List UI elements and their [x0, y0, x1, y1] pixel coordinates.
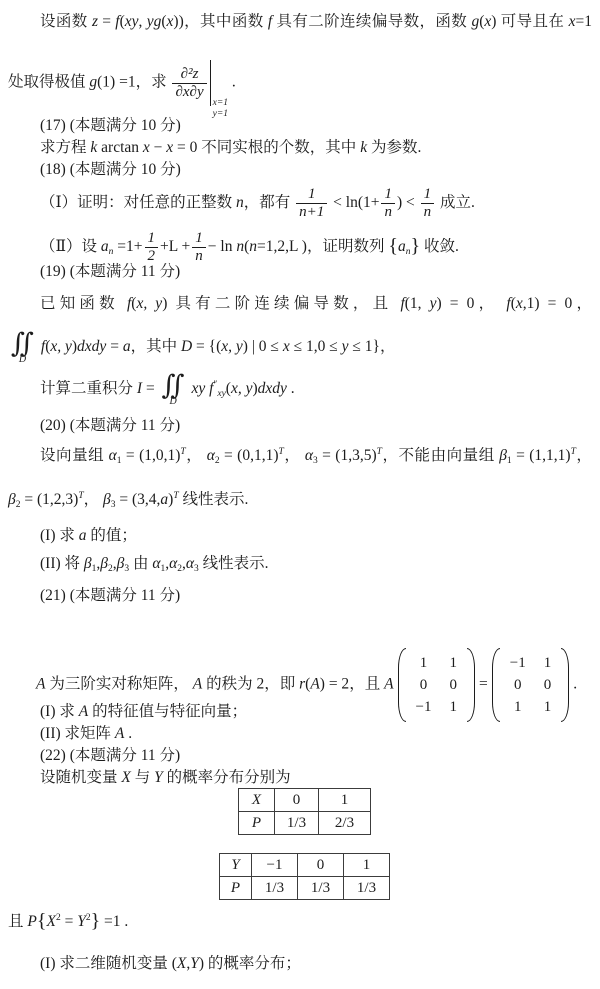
q20-statement-line1: 设向量组 α1 = (1,0,1)T， α2 = (0,1,1)T， α3 = … — [40, 440, 592, 473]
text-run: Y — [154, 769, 163, 786]
text-run: (I) 求 — [40, 527, 79, 544]
fraction: ∂²z∂x∂y — [172, 66, 206, 101]
text-run: = — [479, 676, 488, 693]
text-run: ) | 0 ≤ — [243, 338, 283, 355]
text-run: 的值； — [87, 527, 137, 544]
text-run: ， — [474, 295, 506, 312]
text-run: ，且 — [349, 676, 384, 693]
text-run: = (1,1,1) — [512, 447, 571, 464]
text-run: （Ⅰ）证明：对任意的正整数 — [40, 194, 236, 211]
text-run: a — [123, 338, 131, 355]
text-run: = — [98, 13, 115, 30]
text-run: 为参数. — [367, 139, 421, 156]
double-integral-symbol: ∬D — [11, 330, 34, 365]
text-run: ) 的概率分布； — [199, 955, 301, 972]
q22-condition: 且 P{X2 = Y2} =1 . — [8, 906, 128, 934]
text-run: (17) (本题满分 10 分) — [40, 117, 181, 134]
double-integral-symbol: ∬D — [162, 372, 185, 407]
text-run: α — [109, 447, 117, 464]
variable-cell: Y — [220, 854, 252, 877]
text-run: （Ⅱ）设 — [40, 238, 101, 255]
text-run: (21) (本题满分 11 分) — [40, 587, 180, 604]
text-run: 成立. — [436, 194, 475, 211]
text-run: x, y — [221, 338, 243, 355]
text-run: 具有二阶连续偏导数，且 — [167, 295, 400, 312]
text-run: dxdy — [258, 380, 287, 397]
text-run: xy — [125, 13, 139, 30]
text-run: g — [89, 74, 97, 91]
fraction: 1n+1 — [296, 186, 327, 221]
text-run: (19) (本题满分 11 分) — [40, 263, 180, 280]
fraction: 1n — [192, 230, 206, 265]
text-run: (1) =1 — [97, 74, 135, 91]
text-run: X — [46, 913, 55, 930]
text-run: − ln — [208, 238, 237, 255]
value-cell: −1 — [252, 854, 298, 877]
text-run: ≤ 1,0 ≤ — [290, 338, 342, 355]
text-run: =1 — [575, 13, 592, 30]
text-run: . — [287, 380, 295, 397]
text-run: 处取得极值 — [8, 74, 89, 91]
y-distribution-table: Y−101P1/31/31/3 — [219, 853, 390, 900]
text-run: β — [499, 447, 507, 464]
value-cell: 0 — [298, 854, 344, 877]
variable-cell: P — [239, 812, 275, 835]
text-run: 的特征值与特征向量； — [88, 703, 247, 720]
text-run: A — [310, 676, 319, 693]
text-run: 线性表示. — [179, 491, 249, 508]
text-run: 设随机变量 — [40, 769, 121, 786]
q18-header: (18) (本题满分 10 分) — [40, 158, 181, 182]
text-run: 不同实根的个数，其中 — [197, 139, 360, 156]
variable-cell: X — [239, 789, 275, 812]
text-run: a — [160, 491, 168, 508]
table-row: P1/32/3 — [239, 812, 371, 835]
text-run: yg — [147, 13, 162, 30]
text-run: (20) (本题满分 11 分) — [40, 417, 180, 434]
text-run: arctan — [97, 139, 143, 156]
text-run: < ln(1+ — [329, 194, 379, 211]
evaluated-at-bar: x=1y=1 — [210, 60, 228, 106]
text-run: {( — [209, 338, 222, 355]
text-run: 计算二重积分 — [40, 380, 137, 397]
text-run: ≤ 1} — [348, 338, 379, 355]
text-run: = (1,0,1) — [121, 447, 180, 464]
text-run: ，其中 — [131, 338, 181, 355]
q19-statement-line1: 已知函数 f(x, y) 具有二阶连续偏导数，且 f(1, y) = 0， f(… — [40, 292, 592, 316]
text-run: Y — [190, 955, 199, 972]
text-run: (II) 求矩阵 — [40, 725, 115, 742]
fraction: 1n — [381, 186, 395, 221]
text-run: a — [101, 238, 109, 255]
text-run: (II) 将 — [40, 555, 84, 572]
q20-part2: (II) 将 β1,β2,β3 由 α1,α2,α3 线性表示. — [40, 552, 269, 581]
value-cell: 1 — [319, 789, 371, 812]
q19-header: (19) (本题满分 11 分) — [40, 260, 180, 284]
text-run: A — [193, 676, 202, 693]
text-run: 求方程 — [40, 139, 90, 156]
text-run: n — [236, 194, 244, 211]
q20-part1: (I) 求 a 的值； — [40, 524, 137, 548]
text-run: . — [573, 676, 577, 693]
text-run: 设向量组 — [40, 447, 109, 464]
text-run: ，不能由向量组 — [382, 447, 499, 464]
text-run: = (3,4, — [115, 491, 160, 508]
q22-statement: 设随机变量 X 与 Y 的概率分布分别为 — [40, 766, 291, 790]
text-run: ) < — [397, 194, 419, 211]
text-run: =1+ — [113, 238, 142, 255]
text-run: ，求 — [136, 74, 171, 91]
q20-statement-line2: β2 = (1,2,3)T， β3 = (3,4,a)T 线性表示. — [8, 484, 248, 517]
text-run: β — [84, 555, 92, 572]
text-run: = — [61, 913, 78, 930]
text-run: 可导且在 — [496, 13, 568, 30]
value-cell: 2/3 — [319, 812, 371, 835]
text-run: 已知函数 — [40, 295, 127, 312]
text-run: = — [192, 338, 209, 355]
text-run: ，都有 — [244, 194, 294, 211]
text-run: 设函数 — [40, 13, 92, 30]
matrix: 1100−11 — [398, 648, 475, 722]
text-run: { — [388, 235, 398, 257]
text-run: =1,2,L ) — [257, 238, 307, 255]
text-run: . — [228, 74, 236, 91]
text-run: xy f — [191, 380, 213, 397]
text-run: α — [207, 447, 215, 464]
text-run: ， — [84, 491, 103, 508]
text-run: = — [142, 380, 159, 397]
text-run: ， — [572, 295, 592, 312]
text-run: α — [305, 447, 313, 464]
text-run: 为三阶实对称矩阵， — [45, 676, 192, 693]
value-cell: 1 — [344, 854, 390, 877]
exam-document-page: 设函数 z = f(xy, yg(x))，其中函数 f 具有二阶连续偏导数，函数… — [0, 0, 600, 989]
text-run: 且 — [8, 913, 27, 930]
text-run: ， — [380, 338, 396, 355]
text-run: 具有二阶连续偏导数，函数 — [272, 13, 471, 30]
text-run: a — [79, 527, 87, 544]
text-run: n — [249, 238, 257, 255]
text-run: ，证明数列 — [307, 238, 388, 255]
text-run: A — [384, 676, 393, 693]
text-run: = — [106, 338, 123, 355]
matrix: −110011 — [492, 648, 569, 722]
x-distribution-table: X01P1/32/3 — [238, 788, 371, 835]
text-run: α — [152, 555, 160, 572]
text-run: , — [139, 13, 147, 30]
text-run: (I) 求 — [40, 703, 79, 720]
text-run: β — [8, 491, 16, 508]
text-run: X — [177, 955, 186, 972]
text-run: α — [186, 555, 194, 572]
text-run: A — [79, 703, 88, 720]
text-run: } — [91, 910, 101, 932]
text-run: 的秩为 2，即 — [202, 676, 299, 693]
table-row: P1/31/31/3 — [220, 877, 390, 900]
text-run: ， — [576, 447, 592, 464]
value-cell: 1/3 — [344, 877, 390, 900]
text-run: (I) 求二维随机变量 ( — [40, 955, 177, 972]
value-cell: 0 — [275, 789, 319, 812]
text-run: − — [150, 139, 167, 156]
q22-part1: (I) 求二维随机变量 (X,Y) 的概率分布； — [40, 952, 301, 976]
text-run: Y — [77, 913, 86, 930]
text-run: β — [100, 555, 108, 572]
text-run: y — [430, 295, 437, 312]
text-run: )) — [173, 13, 183, 30]
q20-header: (20) (本题满分 11 分) — [40, 414, 180, 438]
variable-cell: P — [220, 877, 252, 900]
text-run: β — [103, 491, 111, 508]
text-run: dxdy — [77, 338, 106, 355]
q21-header: (21) (本题满分 11 分) — [40, 584, 180, 608]
text-run: . — [124, 725, 132, 742]
value-cell: 1/3 — [252, 877, 298, 900]
q19-statement-line3: 计算二重积分 I = ∬D xy f″xy(x, y)dxdy . — [40, 372, 295, 407]
text-run: ， — [186, 447, 207, 464]
text-run: x, y — [136, 295, 162, 312]
text-run: ) = 2 — [320, 676, 349, 693]
q21-part2: (II) 求矩阵 A . — [40, 722, 132, 746]
text-run: = 0 — [173, 139, 197, 156]
text-run: 收敛. — [420, 238, 459, 255]
text-run: =1 . — [100, 913, 128, 930]
text-run: 由 — [129, 555, 152, 572]
q16-statement-line1: 设函数 z = f(xy, yg(x))，其中函数 f 具有二阶连续偏导数，函数… — [40, 10, 592, 34]
text-run: (18) (本题满分 10 分) — [40, 161, 181, 178]
text-run: n — [236, 238, 244, 255]
text-run: } — [410, 235, 420, 257]
value-cell: 1/3 — [275, 812, 319, 835]
text-run: ，其中函数 — [184, 13, 268, 30]
text-run: P — [27, 913, 36, 930]
text-run: ,1) = 0 — [523, 295, 572, 312]
text-run: = (1,3,5) — [318, 447, 377, 464]
text-run: 的概率分布分别为 — [163, 769, 291, 786]
q17-header: (17) (本题满分 10 分) — [40, 114, 181, 138]
q19-statement-line2: ∬D f(x, y)dxdy = a，其中 D = {(x, y) | 0 ≤ … — [8, 330, 395, 365]
text-run: (1, — [405, 295, 430, 312]
q22-header: (22) (本题满分 11 分) — [40, 744, 180, 768]
table-row: Y−101 — [220, 854, 390, 877]
value-cell: 1/3 — [298, 877, 344, 900]
text-run: = (1,2,3) — [20, 491, 78, 508]
q17-statement: 求方程 k arctan x − x = 0 不同实根的个数，其中 k 为参数. — [40, 136, 421, 160]
text-run: ， — [284, 447, 305, 464]
text-run: x, y — [231, 380, 253, 397]
table-row: X01 — [239, 789, 371, 812]
text-run: +L + — [160, 238, 190, 255]
text-run: 与 — [131, 769, 154, 786]
text-run: ) = 0 — [437, 295, 475, 312]
text-run: x — [516, 295, 523, 312]
text-run: xy — [217, 389, 225, 399]
text-run: D — [181, 338, 192, 355]
text-run: X — [121, 769, 130, 786]
fraction: 1n — [421, 186, 435, 221]
text-run: A — [115, 725, 124, 742]
text-run: x, y — [50, 338, 72, 355]
text-run: x — [143, 139, 150, 156]
text-run: x — [283, 338, 290, 355]
text-run: 线性表示. — [199, 555, 269, 572]
text-run: = (0,1,1) — [220, 447, 279, 464]
text-run: a — [398, 238, 406, 255]
text-run: (22) (本题满分 11 分) — [40, 747, 180, 764]
q21-part1: (I) 求 A 的特征值与特征向量； — [40, 700, 247, 724]
q16-statement-line2: 处取得极值 g(1) =1，求 ∂²z∂x∂yx=1y=1 . — [8, 60, 236, 106]
q18-part1: （Ⅰ）证明：对任意的正整数 n，都有 1n+1 < ln(1+1n) < 1n … — [40, 186, 475, 221]
